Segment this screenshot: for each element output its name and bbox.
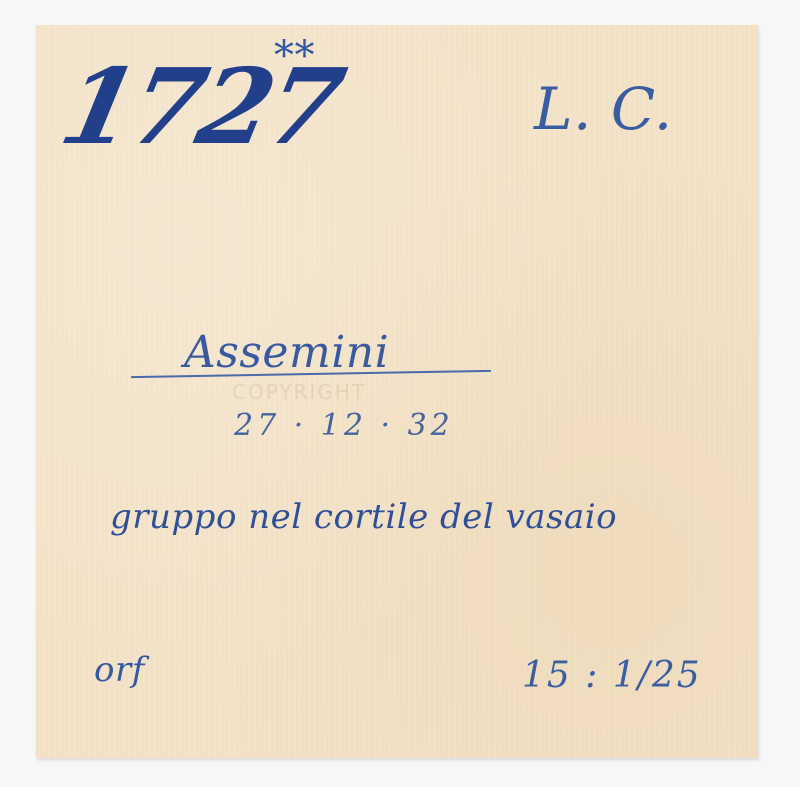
watermark: COPYRIGHT [232, 380, 366, 404]
initials: L. C. [534, 75, 673, 143]
date: 27 · 12 · 32 [234, 408, 454, 443]
caption: gruppo nel cortile del vasaio [110, 497, 617, 537]
bottom-left-mark: orf [94, 650, 145, 690]
index-card: 1727 ** L. C. COPYRIGHT Assemini 27 · 12… [36, 25, 758, 758]
catalog-mark: ** [274, 33, 315, 79]
place-name: Assemini [184, 327, 389, 378]
exposure-note: 15 : 1/25 [522, 655, 702, 696]
